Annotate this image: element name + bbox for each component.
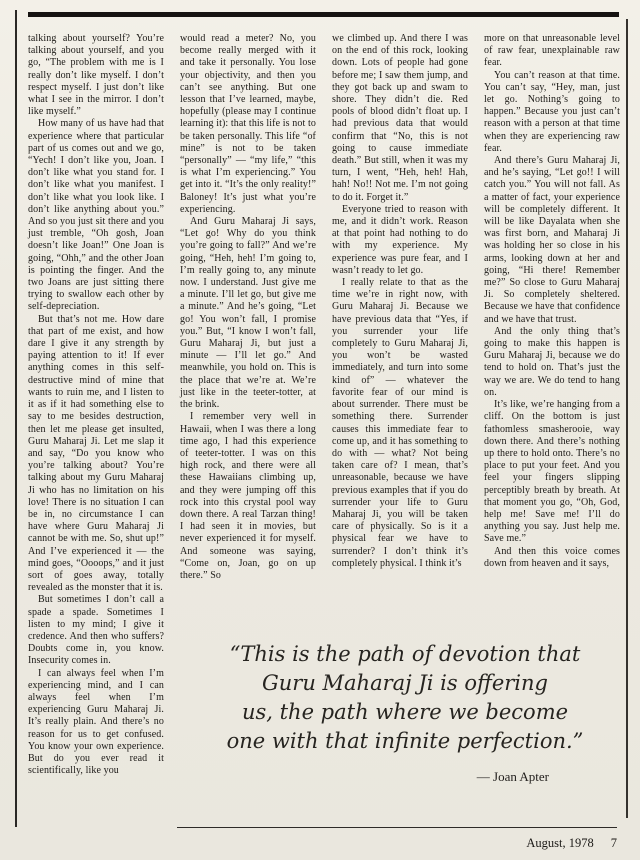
paragraph: And there’s Guru Maharaj Ji, and he’s sa… [484,155,620,326]
page-number: 7 [611,836,617,850]
paragraph: more on that unreasonable level of raw f… [484,33,620,70]
pull-quote-text: “This is the path of devotion thatGuru M… [183,640,627,756]
paragraph: we climbed up. And there I was on the en… [332,33,468,204]
paragraph: Everyone tried to reason with me, and it… [332,204,468,277]
text-column-3: we climbed up. And there I was on the en… [332,33,468,570]
paragraph: And Guru Maharaj Ji says, “Let go! Why d… [180,216,316,411]
text-column-2: would read a meter? No, you become reall… [180,33,316,582]
text-column-4: more on that unreasonable level of raw f… [484,33,620,570]
pull-quote: “This is the path of devotion thatGuru M… [183,640,627,785]
paragraph: But that’s not me. How dare that part of… [28,314,164,595]
paragraph: But sometimes I don’t call a spade a spa… [28,594,164,667]
pull-quote-line: Guru Maharaj Ji is offering [183,669,627,698]
paragraph: You can’t reason at that time. You can’t… [484,70,620,155]
page-footer: August, 19787 [526,836,617,851]
issue-date: August, 1978 [526,836,593,850]
paragraph: talking about yourself? You’re talking a… [28,33,164,118]
paragraph: And the only thing that’s going to make … [484,326,620,399]
text-column-1: talking about yourself? You’re talking a… [28,33,164,777]
left-border-rule [15,10,17,827]
paragraph: How many of us have had that experience … [28,118,164,313]
paragraph: I really relate to that as the time we’r… [332,277,468,570]
magazine-page: talking about yourself? You’re talking a… [0,0,640,860]
paragraph: would read a meter? No, you become reall… [180,33,316,216]
quote-attribution: — Joan Apter [183,769,627,785]
pull-quote-line: one with that infinite perfection.” [183,727,627,756]
pull-quote-line: us, the path where we become [183,698,627,727]
paragraph: I remember very well in Hawaii, when I w… [180,411,316,582]
pull-quote-line: “This is the path of devotion that [183,640,627,669]
top-rule [28,12,619,17]
paragraph: And then this voice comes down from heav… [484,546,620,570]
paragraph: It’s like, we’re hanging from a cliff. O… [484,399,620,545]
paragraph: I can always feel when I’m experiencing … [28,668,164,778]
footer-rule [177,827,617,828]
